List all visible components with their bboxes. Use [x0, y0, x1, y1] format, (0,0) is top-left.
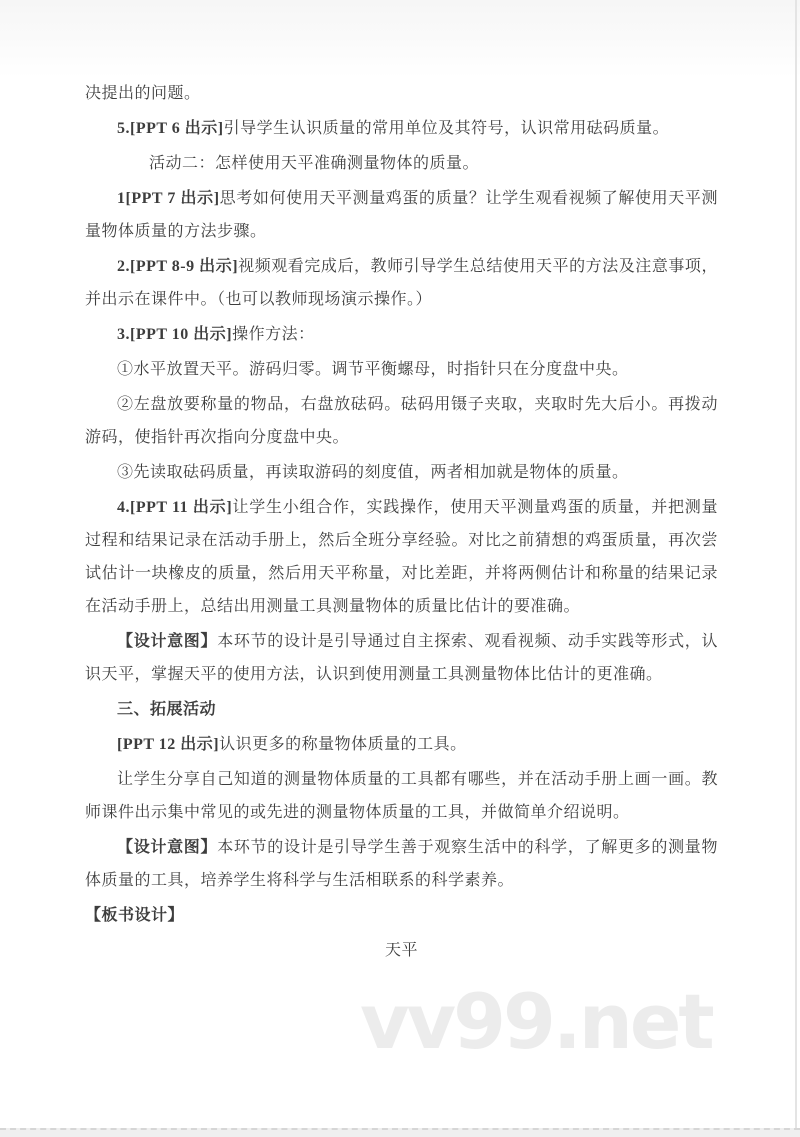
- body-text: 让学生分享自己知道的测量物体质量的工具都有哪些，并在活动手册上画一画。教师课件出…: [85, 771, 718, 821]
- paragraph: 天平: [85, 934, 718, 967]
- paragraph: 1[PPT 7 出示]思考如何使用天平测量鸡蛋的质量？让学生观看视频了解使用天平…: [85, 182, 718, 248]
- body-text: ②左盘放要称量的物品，右盘放砝码。砝码用镊子夹取，夹取时先大后小。再拨动游码，使…: [85, 396, 718, 446]
- body-text: ①水平放置天平。游码归零。调节平衡螺母，时指针只在分度盘中央。: [117, 361, 629, 378]
- paragraph: 2.[PPT 8-9 出示]视频观看完成后，教师引导学生总结使用天平的方法及注意…: [85, 250, 718, 316]
- emphasis-text: 【设计意图】: [117, 839, 217, 856]
- body-text: 天平: [385, 942, 418, 959]
- paragraph: 5.[PPT 6 出示]引导学生认识质量的常用单位及其符号，认识常用砝码质量。: [85, 112, 718, 145]
- paragraph: ③先读取砝码质量，再读取游码的刻度值，两者相加就是物体的质量。: [85, 456, 718, 489]
- paragraph: 让学生分享自己知道的测量物体质量的工具都有哪些，并在活动手册上画一画。教师课件出…: [85, 763, 718, 829]
- body-text: ③先读取砝码质量，再读取游码的刻度值，两者相加就是物体的质量。: [117, 464, 629, 481]
- paragraph: 【设计意图】本环节的设计是引导学生善于观察生活中的科学，了解更多的测量物体质量的…: [85, 831, 718, 897]
- watermark: vv99.net: [360, 984, 712, 1060]
- emphasis-text: 3.[PPT 10 出示]: [117, 326, 232, 343]
- emphasis-text: 5.[PPT 6 出示]: [117, 120, 224, 137]
- body-text: 让学生小组合作，实践操作，使用天平测量鸡蛋的质量，并把测量过程和结果记录在活动手…: [85, 499, 718, 615]
- paragraph: 三、拓展活动: [85, 693, 718, 726]
- page-break-divider: [0, 1128, 800, 1137]
- paragraph: 【板书设计】: [85, 899, 718, 932]
- body-text: 决提出的问题。: [85, 85, 201, 102]
- page-edge: [795, 0, 797, 1137]
- paragraph: 3.[PPT 10 出示]操作方法：: [85, 318, 718, 351]
- emphasis-text: 2.[PPT 8-9 出示]: [117, 258, 238, 275]
- page-top-shading: [0, 0, 800, 78]
- emphasis-text: 三、拓展活动: [117, 701, 216, 718]
- paragraph: 决提出的问题。: [85, 77, 718, 110]
- paragraph: ①水平放置天平。游码归零。调节平衡螺母，时指针只在分度盘中央。: [85, 353, 718, 386]
- paragraph: [PPT 12 出示]认识更多的称量物体质量的工具。: [85, 728, 718, 761]
- paragraph: 4.[PPT 11 出示]让学生小组合作，实践操作，使用天平测量鸡蛋的质量，并把…: [85, 491, 718, 623]
- paragraph: 活动二：怎样使用天平准确测量物体的质量。: [85, 147, 718, 180]
- paragraph: ②左盘放要称量的物品，右盘放砝码。砝码用镊子夹取，夹取时先大后小。再拨动游码，使…: [85, 388, 718, 454]
- emphasis-text: 【设计意图】: [117, 633, 217, 650]
- emphasis-text: 4.[PPT 11 出示]: [117, 499, 232, 516]
- emphasis-text: 1[PPT 7 出示]: [117, 190, 220, 207]
- body-text: 操作方法：: [232, 326, 315, 343]
- paragraph: 【设计意图】本环节的设计是引导通过自主探索、观看视频、动手实践等形式，认识天平，…: [85, 625, 718, 691]
- emphasis-text: [PPT 12 出示]: [117, 736, 219, 753]
- body-text: 活动二：怎样使用天平准确测量物体的质量。: [149, 155, 479, 172]
- emphasis-text: 【板书设计】: [85, 907, 184, 924]
- document-body: 决提出的问题。5.[PPT 6 出示]引导学生认识质量的常用单位及其符号，认识常…: [85, 77, 718, 969]
- body-text: 引导学生认识质量的常用单位及其符号，认识常用砝码质量。: [224, 120, 670, 137]
- body-text: 认识更多的称量物体质量的工具。: [219, 736, 467, 753]
